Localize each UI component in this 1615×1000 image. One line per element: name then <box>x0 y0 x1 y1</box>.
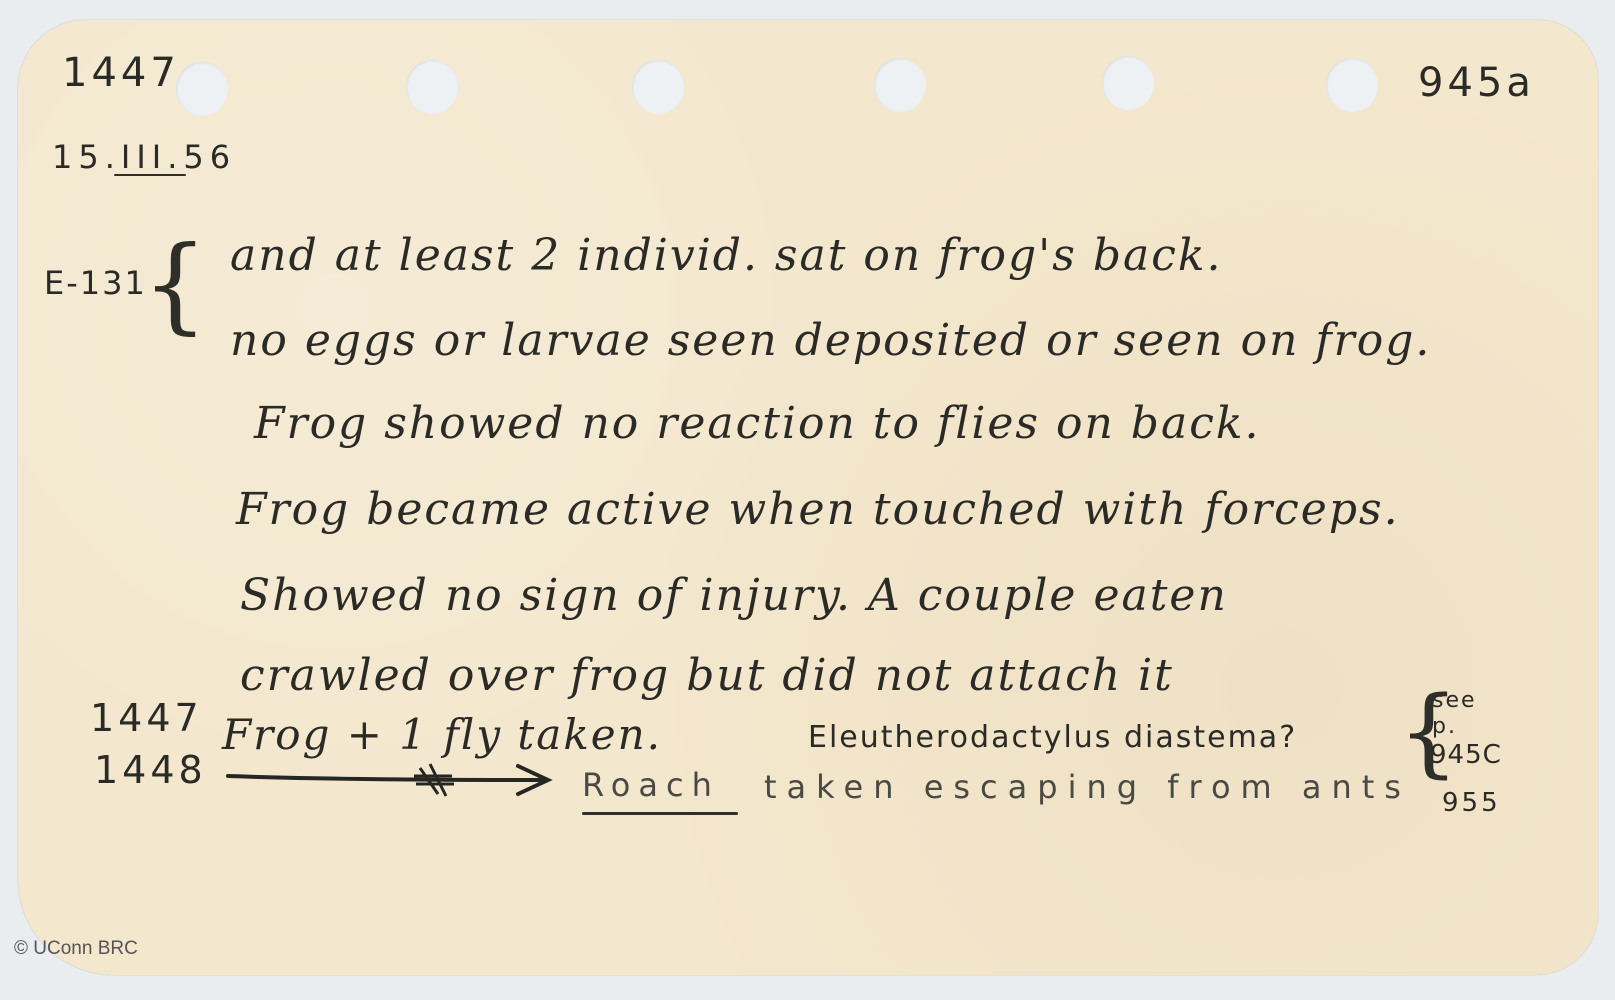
cross-ref-page: p. <box>1432 714 1457 739</box>
punch-hole <box>1102 56 1154 110</box>
entry-1448-text: taken escaping from ants <box>764 768 1411 806</box>
entry-number-1447: 1447 <box>90 696 203 740</box>
punch-hole <box>632 60 684 114</box>
entry-1448-subject: Roach <box>582 766 720 804</box>
left-brace: { <box>142 232 208 336</box>
catalog-number: 1447 <box>62 50 180 96</box>
copyright-notice: © UConn BRC <box>14 938 138 960</box>
species-name: Eleutherodactylus diastema? <box>808 720 1297 755</box>
note-line: crawled over frog but did not attach it <box>240 650 1174 701</box>
note-line: no eggs or larvae seen deposited or seen… <box>230 315 1431 366</box>
cross-ref-label: see <box>1432 688 1477 713</box>
subject-underline <box>582 812 738 815</box>
punch-hole <box>874 58 926 112</box>
punch-hole <box>176 62 228 116</box>
arrow-icon <box>224 754 564 804</box>
card-reference-number: 945a <box>1418 60 1535 106</box>
punch-hole <box>1326 58 1378 112</box>
date: 15.III.56 <box>52 138 236 176</box>
document-viewer: 1447 945a 15.III.56 E-131 { and at least… <box>0 0 1615 1000</box>
note-line: and at least 2 individ. sat on frog's ba… <box>230 230 1223 281</box>
index-card: 1447 945a 15.III.56 E-131 { and at least… <box>18 20 1598 975</box>
entry-1447-text: Frog + 1 fly taken. <box>222 710 662 759</box>
note-line: Frog showed no reaction to flies on back… <box>254 398 1261 449</box>
cross-ref-1: 945C <box>1430 740 1502 770</box>
note-line: Frog became active when touched with for… <box>236 484 1400 535</box>
note-line: Showed no sign of injury. A couple eaten <box>240 570 1228 621</box>
date-underline <box>114 174 186 176</box>
side-label: E-131 <box>44 264 147 302</box>
punch-hole <box>406 60 458 114</box>
cross-ref-2: 955 <box>1442 788 1501 818</box>
entry-number-1448: 1448 <box>94 748 207 792</box>
